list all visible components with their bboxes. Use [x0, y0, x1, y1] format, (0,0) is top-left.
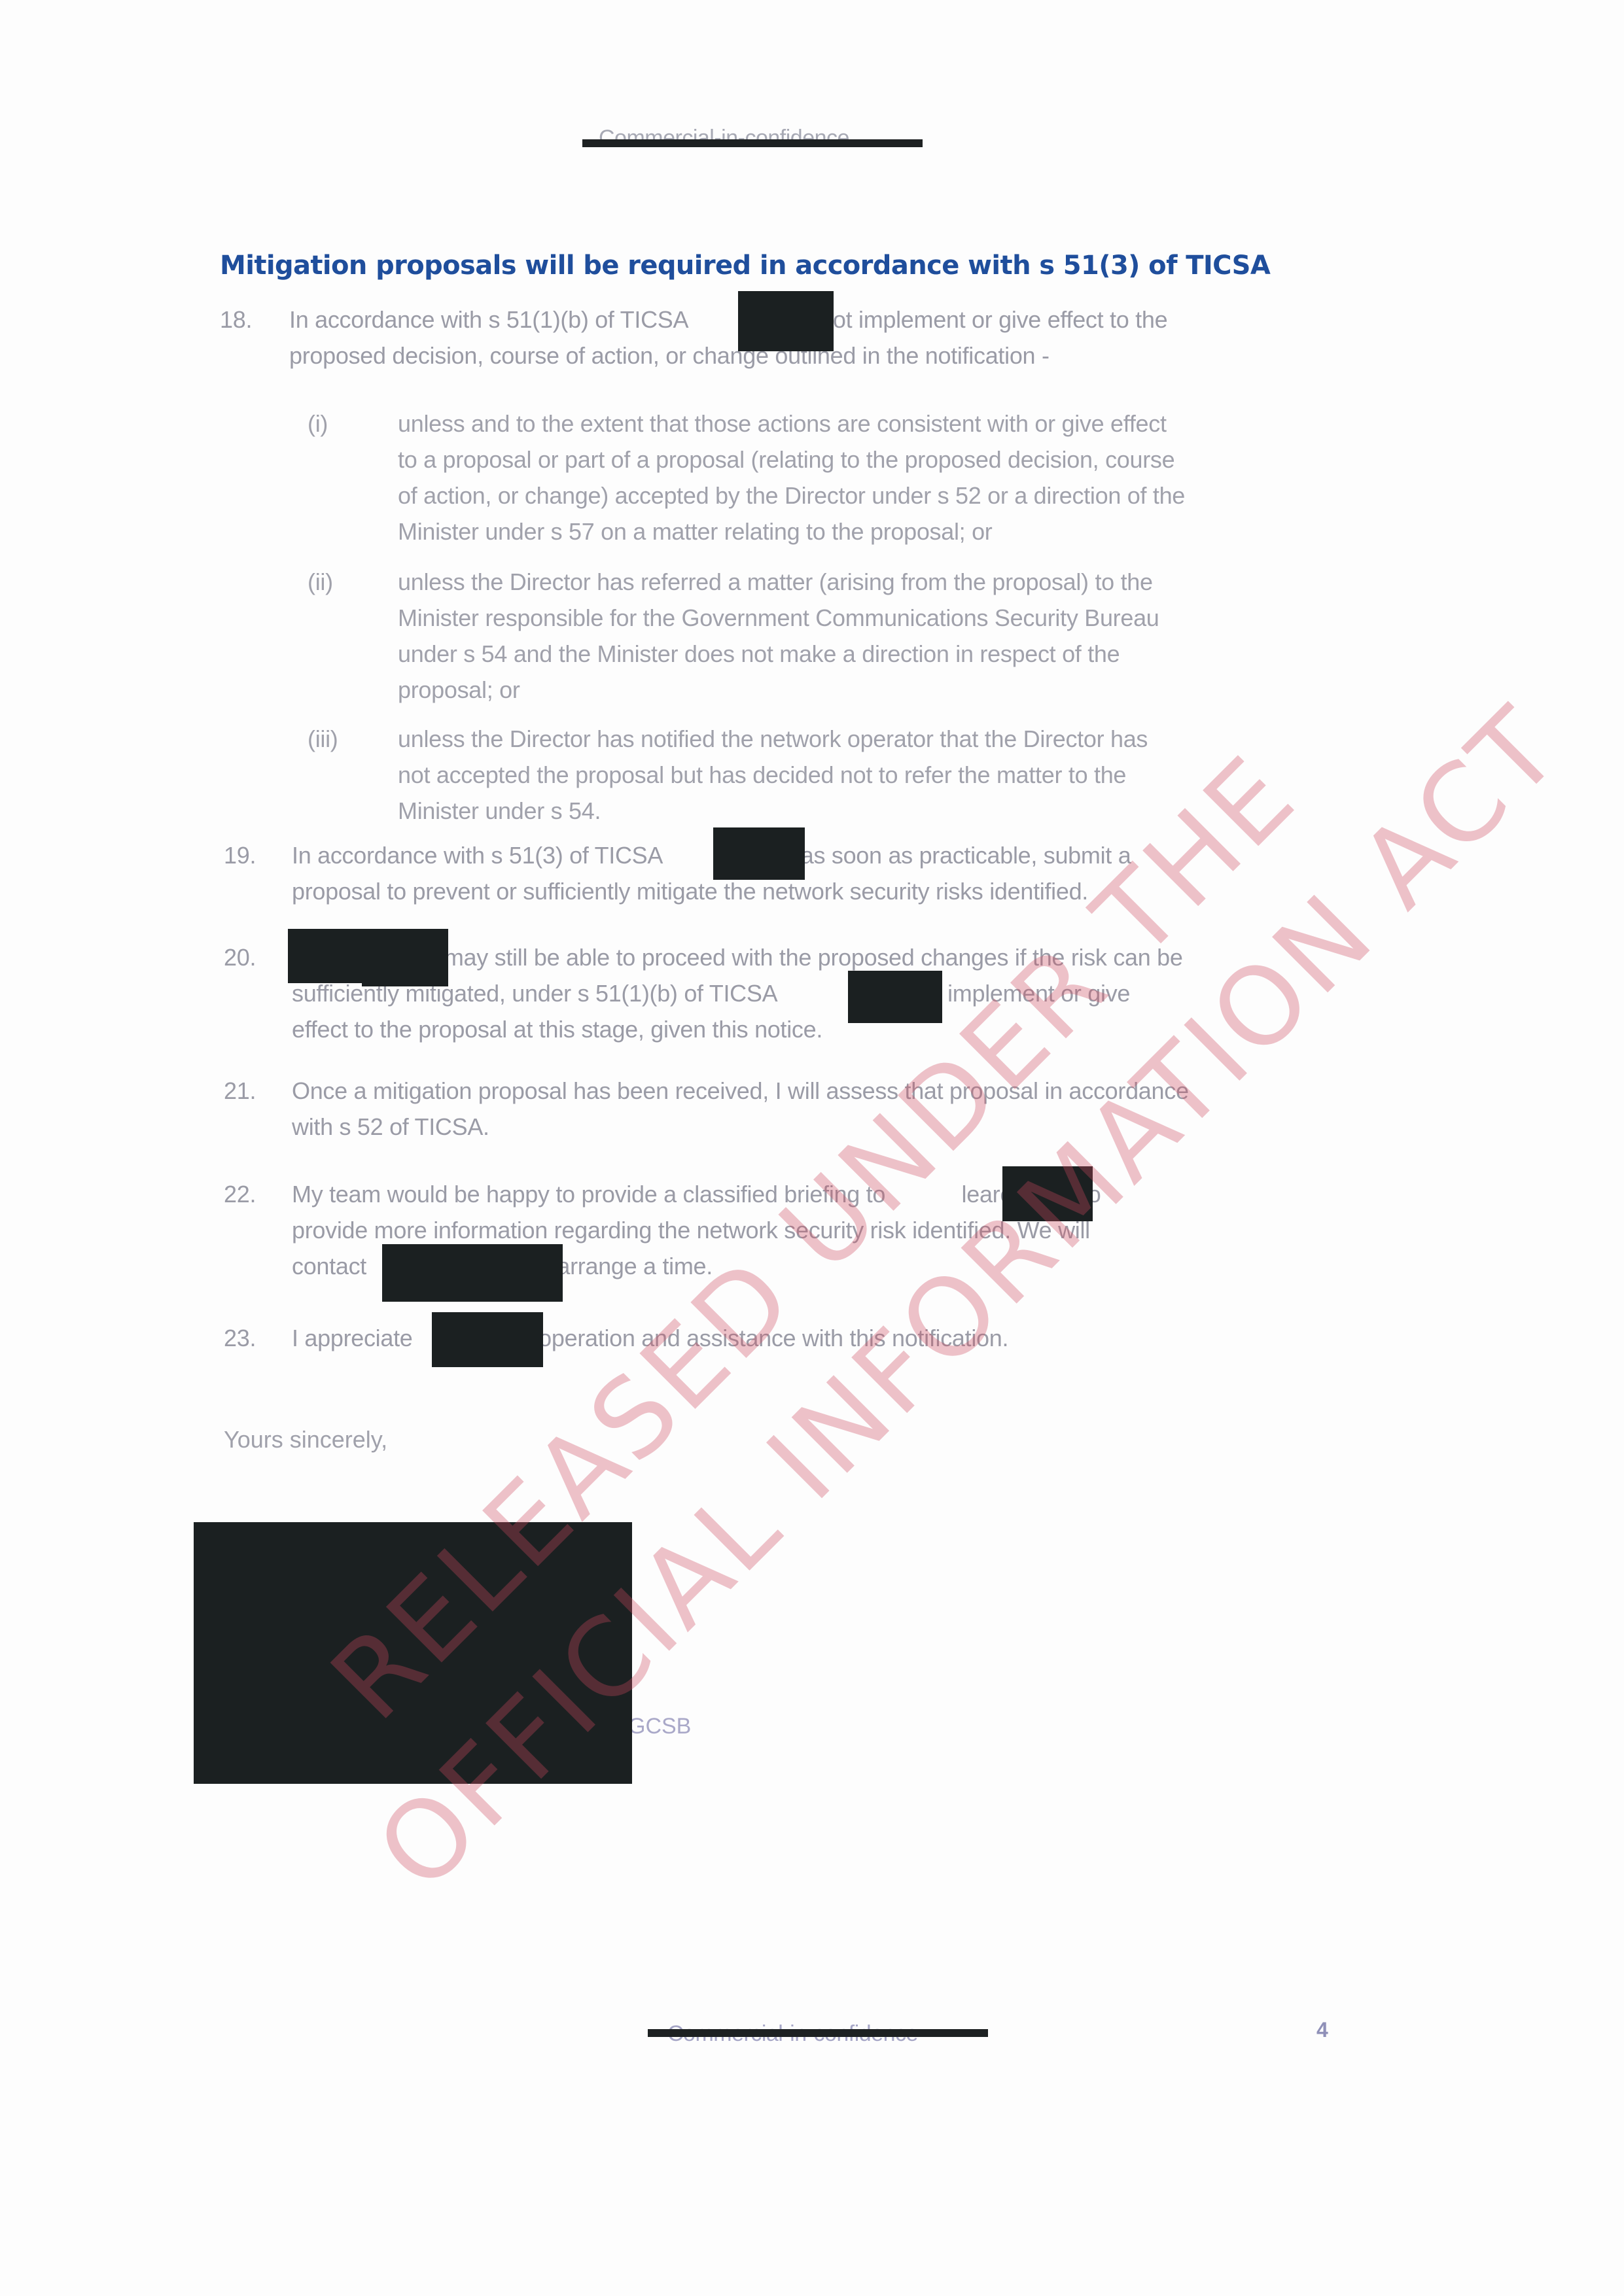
redaction-box [1002, 1166, 1093, 1221]
sub-item-number: (ii) [308, 564, 333, 600]
header-classification: Commercial-in-confidence [599, 126, 849, 151]
paragraph-number: 19. [224, 837, 256, 873]
redaction-box [713, 827, 805, 880]
page-number: 4 [1316, 2018, 1328, 2042]
paragraph-number: 22. [224, 1176, 256, 1212]
sub-item-line: of action, or change) accepted by the Di… [398, 478, 1185, 513]
paragraph-line: My team would be happy to provide a clas… [292, 1176, 1101, 1212]
redaction-box [382, 1244, 563, 1302]
document-page: Commercial-in-confidence Mitigation prop… [0, 0, 1624, 2296]
signature-organisation: GCSB [628, 1714, 691, 1739]
paragraph-line: In accordance with s 51(1)(b) of TICSA m… [289, 302, 1167, 338]
sub-item-line: unless and to the extent that those acti… [398, 406, 1185, 442]
paragraph-line: effect to the proposal at this stage, gi… [292, 1011, 1183, 1047]
signature-redaction-box [194, 1522, 632, 1784]
paragraph-number: 23. [224, 1320, 256, 1356]
paragraph-line: Once a mitigation proposal has been rece… [292, 1073, 1189, 1109]
redaction-box [288, 929, 448, 983]
sub-item-number: (i) [308, 406, 328, 442]
sub-item-line: Minister under s 54. [398, 793, 1148, 829]
paragraph-line: with s 52 of TICSA. [292, 1109, 1189, 1145]
paragraph-number: 21. [224, 1073, 256, 1109]
header-strikethrough [582, 139, 923, 147]
paragraph-number: 20. [224, 939, 256, 975]
sub-item-line: not accepted the proposal but has decide… [398, 757, 1148, 793]
sub-item-line: Minister responsible for the Government … [398, 600, 1159, 636]
footer-strikethrough [648, 2029, 988, 2037]
redaction-box [738, 291, 834, 351]
sub-item-line: unless the Director has notified the net… [398, 721, 1148, 757]
sub-item-line: to a proposal or part of a proposal (rel… [398, 442, 1185, 478]
sub-item-number: (iii) [308, 721, 338, 757]
paragraph-line: proposed decision, course of action, or … [289, 338, 1167, 374]
sub-item-line: proposal; or [398, 672, 1159, 708]
sub-item-line: Minister under s 57 on a matter relating… [398, 513, 1185, 549]
sub-item-line: under s 54 and the Minister does not mak… [398, 636, 1159, 672]
paragraph-line: provide more information regarding the n… [292, 1212, 1101, 1248]
paragraph-number: 18. [220, 302, 252, 338]
closing-salutation: Yours sincerely, [224, 1426, 387, 1453]
paragraph-line: proposal to prevent or sufficiently miti… [292, 873, 1131, 909]
section-heading: Mitigation proposals will be required in… [220, 251, 1270, 281]
paragraph-line: I appreciate cooperation and assistance … [292, 1320, 1008, 1356]
redaction-box [362, 981, 448, 986]
sub-item-line: unless the Director has referred a matte… [398, 564, 1159, 600]
paragraph-line: In accordance with s 51(3) of TICSA must… [292, 837, 1131, 873]
redaction-box [848, 971, 942, 1023]
redaction-box [432, 1312, 543, 1367]
